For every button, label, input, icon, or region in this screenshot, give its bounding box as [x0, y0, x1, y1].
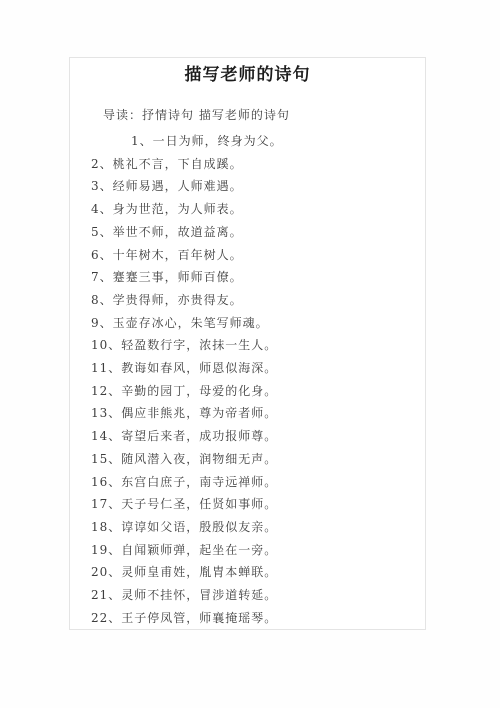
- poem-line: 5、举世不师，故道益离。: [91, 221, 425, 244]
- poem-line: 2、桃礼不言，下自成蹊。: [91, 153, 425, 176]
- poem-line: 11、教诲如春风，师恩似海深。: [91, 357, 425, 380]
- poem-line: 17、天子号仁圣，任贤如事师。: [91, 493, 425, 516]
- intro-text: 导读：抒情诗句 描写老师的诗句: [103, 108, 425, 122]
- poem-line: 18、谆谆如父语，殷殷似友亲。: [91, 516, 425, 539]
- poem-line: 13、偶应非熊兆，尊为帝者师。: [91, 402, 425, 425]
- poem-line: 12、辛勤的园丁，母爱的化身。: [91, 380, 425, 403]
- poem-line: 22、王子停凤管，师襄掩瑶琴。: [91, 607, 425, 630]
- poem-line: 16、东宫白庶子，南寺远禅师。: [91, 471, 425, 494]
- poem-line: 21、灵师不挂怀，冒涉道转延。: [91, 584, 425, 607]
- poem-line: 7、蹇蹇三事，师师百僚。: [91, 266, 425, 289]
- document-page: 描写老师的诗句 导读：抒情诗句 描写老师的诗句 1、一日为师，终身为父。 2、桃…: [69, 57, 426, 630]
- poem-line: 6、十年树木，百年树人。: [91, 244, 425, 267]
- poem-line: 15、随风潜入夜，润物细无声。: [91, 448, 425, 471]
- poem-line: 4、身为世范，为人师表。: [91, 198, 425, 221]
- poem-list: 1、一日为师，终身为父。 2、桃礼不言，下自成蹊。 3、经师易遇，人师难遇。 4…: [70, 130, 425, 629]
- desktop-background: 描写老师的诗句 导读：抒情诗句 描写老师的诗句 1、一日为师，终身为父。 2、桃…: [0, 0, 500, 708]
- page-title: 描写老师的诗句: [70, 65, 425, 86]
- poem-line: 9、玉壶存冰心，朱笔写师魂。: [91, 312, 425, 335]
- poem-line: 1、一日为师，终身为父。: [131, 130, 425, 153]
- poem-line: 3、经师易遇，人师难遇。: [91, 175, 425, 198]
- poem-line: 8、学贵得师，亦贵得友。: [91, 289, 425, 312]
- poem-line: 20、灵师皇甫姓，胤胄本蝉联。: [91, 561, 425, 584]
- poem-line: 10、轻盈数行字，浓抹一生人。: [91, 334, 425, 357]
- poem-line: 14、寄望后来者，成功报师尊。: [91, 425, 425, 448]
- poem-line: 19、自闻颖师弹，起坐在一旁。: [91, 539, 425, 562]
